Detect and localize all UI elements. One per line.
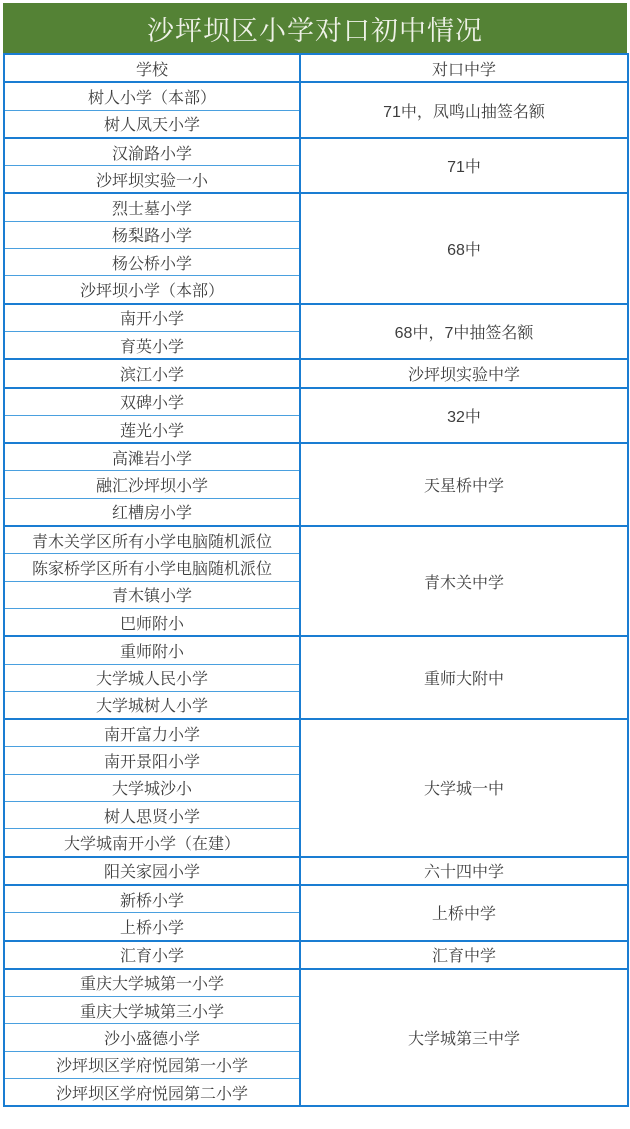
middle-school-cell: 重师大附中 xyxy=(300,636,628,719)
header-school-column: 学校 xyxy=(4,54,300,82)
middle-school-cell: 32中 xyxy=(300,388,628,444)
school-cell: 上桥小学 xyxy=(4,913,300,941)
school-cell: 重师附小 xyxy=(4,636,300,664)
school-cell: 沙坪坝区学府悦园第一小学 xyxy=(4,1051,300,1078)
school-mapping-table: 学校 对口中学 树人小学（本部）71中，凤鸣山抽签名额树人凤天小学汉渝路小学71… xyxy=(3,53,629,1107)
middle-school-cell: 六十四中学 xyxy=(300,857,628,885)
school-cell: 红槽房小学 xyxy=(4,498,300,526)
table-row: 滨江小学沙坪坝实验中学 xyxy=(4,359,628,387)
middle-school-cell: 71中，凤鸣山抽签名额 xyxy=(300,82,628,138)
table-row: 阳关家园小学六十四中学 xyxy=(4,857,628,885)
school-cell: 陈家桥学区所有小学电脑随机派位 xyxy=(4,554,300,581)
school-cell: 巴师附小 xyxy=(4,608,300,636)
title-bar: 沙坪坝区小学对口初中情况 xyxy=(3,3,627,53)
middle-school-cell: 71中 xyxy=(300,138,628,194)
table-row: 双碑小学32中 xyxy=(4,388,628,416)
school-cell: 滨江小学 xyxy=(4,359,300,387)
school-cell: 育英小学 xyxy=(4,331,300,359)
middle-school-cell: 上桥中学 xyxy=(300,885,628,941)
page-title: 沙坪坝区小学对口初中情况 xyxy=(147,9,483,48)
middle-school-cell: 68中 xyxy=(300,193,628,303)
school-cell: 树人小学（本部） xyxy=(4,82,300,110)
school-cell: 大学城南开小学（在建） xyxy=(4,829,300,857)
school-cell: 重庆大学城第一小学 xyxy=(4,969,300,997)
school-cell: 大学城人民小学 xyxy=(4,664,300,691)
middle-school-cell: 青木关中学 xyxy=(300,526,628,636)
school-cell: 汉渝路小学 xyxy=(4,138,300,166)
school-cell: 杨公桥小学 xyxy=(4,249,300,276)
middle-school-cell: 68中，7中抽签名额 xyxy=(300,304,628,360)
school-cell: 重庆大学城第三小学 xyxy=(4,997,300,1024)
school-cell: 青木关学区所有小学电脑随机派位 xyxy=(4,526,300,554)
school-cell: 树人思贤小学 xyxy=(4,802,300,829)
middle-school-cell: 大学城第三中学 xyxy=(300,969,628,1106)
header-row: 学校 对口中学 xyxy=(4,54,628,82)
table-row: 青木关学区所有小学电脑随机派位青木关中学 xyxy=(4,526,628,554)
table-row: 汇育小学汇育中学 xyxy=(4,941,628,969)
school-cell: 树人凤天小学 xyxy=(4,110,300,138)
school-cell: 双碑小学 xyxy=(4,388,300,416)
middle-school-cell: 汇育中学 xyxy=(300,941,628,969)
page: 沙坪坝区小学对口初中情况 学校 对口中学 树人小学（本部）71中，凤鸣山抽签名额… xyxy=(0,0,630,1129)
table-row: 新桥小学上桥中学 xyxy=(4,885,628,913)
school-cell: 大学城树人小学 xyxy=(4,691,300,719)
table-row: 南开小学68中，7中抽签名额 xyxy=(4,304,628,332)
table-row: 烈士墓小学68中 xyxy=(4,193,628,221)
school-cell: 沙小盛德小学 xyxy=(4,1024,300,1051)
school-cell: 南开小学 xyxy=(4,304,300,332)
middle-school-cell: 沙坪坝实验中学 xyxy=(300,359,628,387)
table-row: 树人小学（本部）71中，凤鸣山抽签名额 xyxy=(4,82,628,110)
school-cell: 新桥小学 xyxy=(4,885,300,913)
school-cell: 杨梨路小学 xyxy=(4,221,300,248)
school-cell: 南开富力小学 xyxy=(4,719,300,747)
school-cell: 融汇沙坪坝小学 xyxy=(4,471,300,498)
school-cell: 南开景阳小学 xyxy=(4,747,300,774)
header-middle-school-column: 对口中学 xyxy=(300,54,628,82)
table-row: 南开富力小学大学城一中 xyxy=(4,719,628,747)
school-cell: 汇育小学 xyxy=(4,941,300,969)
school-cell: 阳关家园小学 xyxy=(4,857,300,885)
school-cell: 青木镇小学 xyxy=(4,581,300,608)
table-row: 高滩岩小学天星桥中学 xyxy=(4,443,628,471)
school-cell: 沙坪坝区学府悦园第二小学 xyxy=(4,1078,300,1106)
school-cell: 高滩岩小学 xyxy=(4,443,300,471)
table-row: 重庆大学城第一小学大学城第三中学 xyxy=(4,969,628,997)
school-cell: 大学城沙小 xyxy=(4,774,300,801)
table-row: 汉渝路小学71中 xyxy=(4,138,628,166)
school-cell: 烈士墓小学 xyxy=(4,193,300,221)
middle-school-cell: 天星桥中学 xyxy=(300,443,628,526)
school-cell: 沙坪坝实验一小 xyxy=(4,166,300,194)
table-row: 重师附小重师大附中 xyxy=(4,636,628,664)
middle-school-cell: 大学城一中 xyxy=(300,719,628,856)
school-cell: 沙坪坝小学（本部） xyxy=(4,276,300,304)
school-cell: 莲光小学 xyxy=(4,415,300,443)
table-body: 树人小学（本部）71中，凤鸣山抽签名额树人凤天小学汉渝路小学71中沙坪坝实验一小… xyxy=(4,82,628,1106)
